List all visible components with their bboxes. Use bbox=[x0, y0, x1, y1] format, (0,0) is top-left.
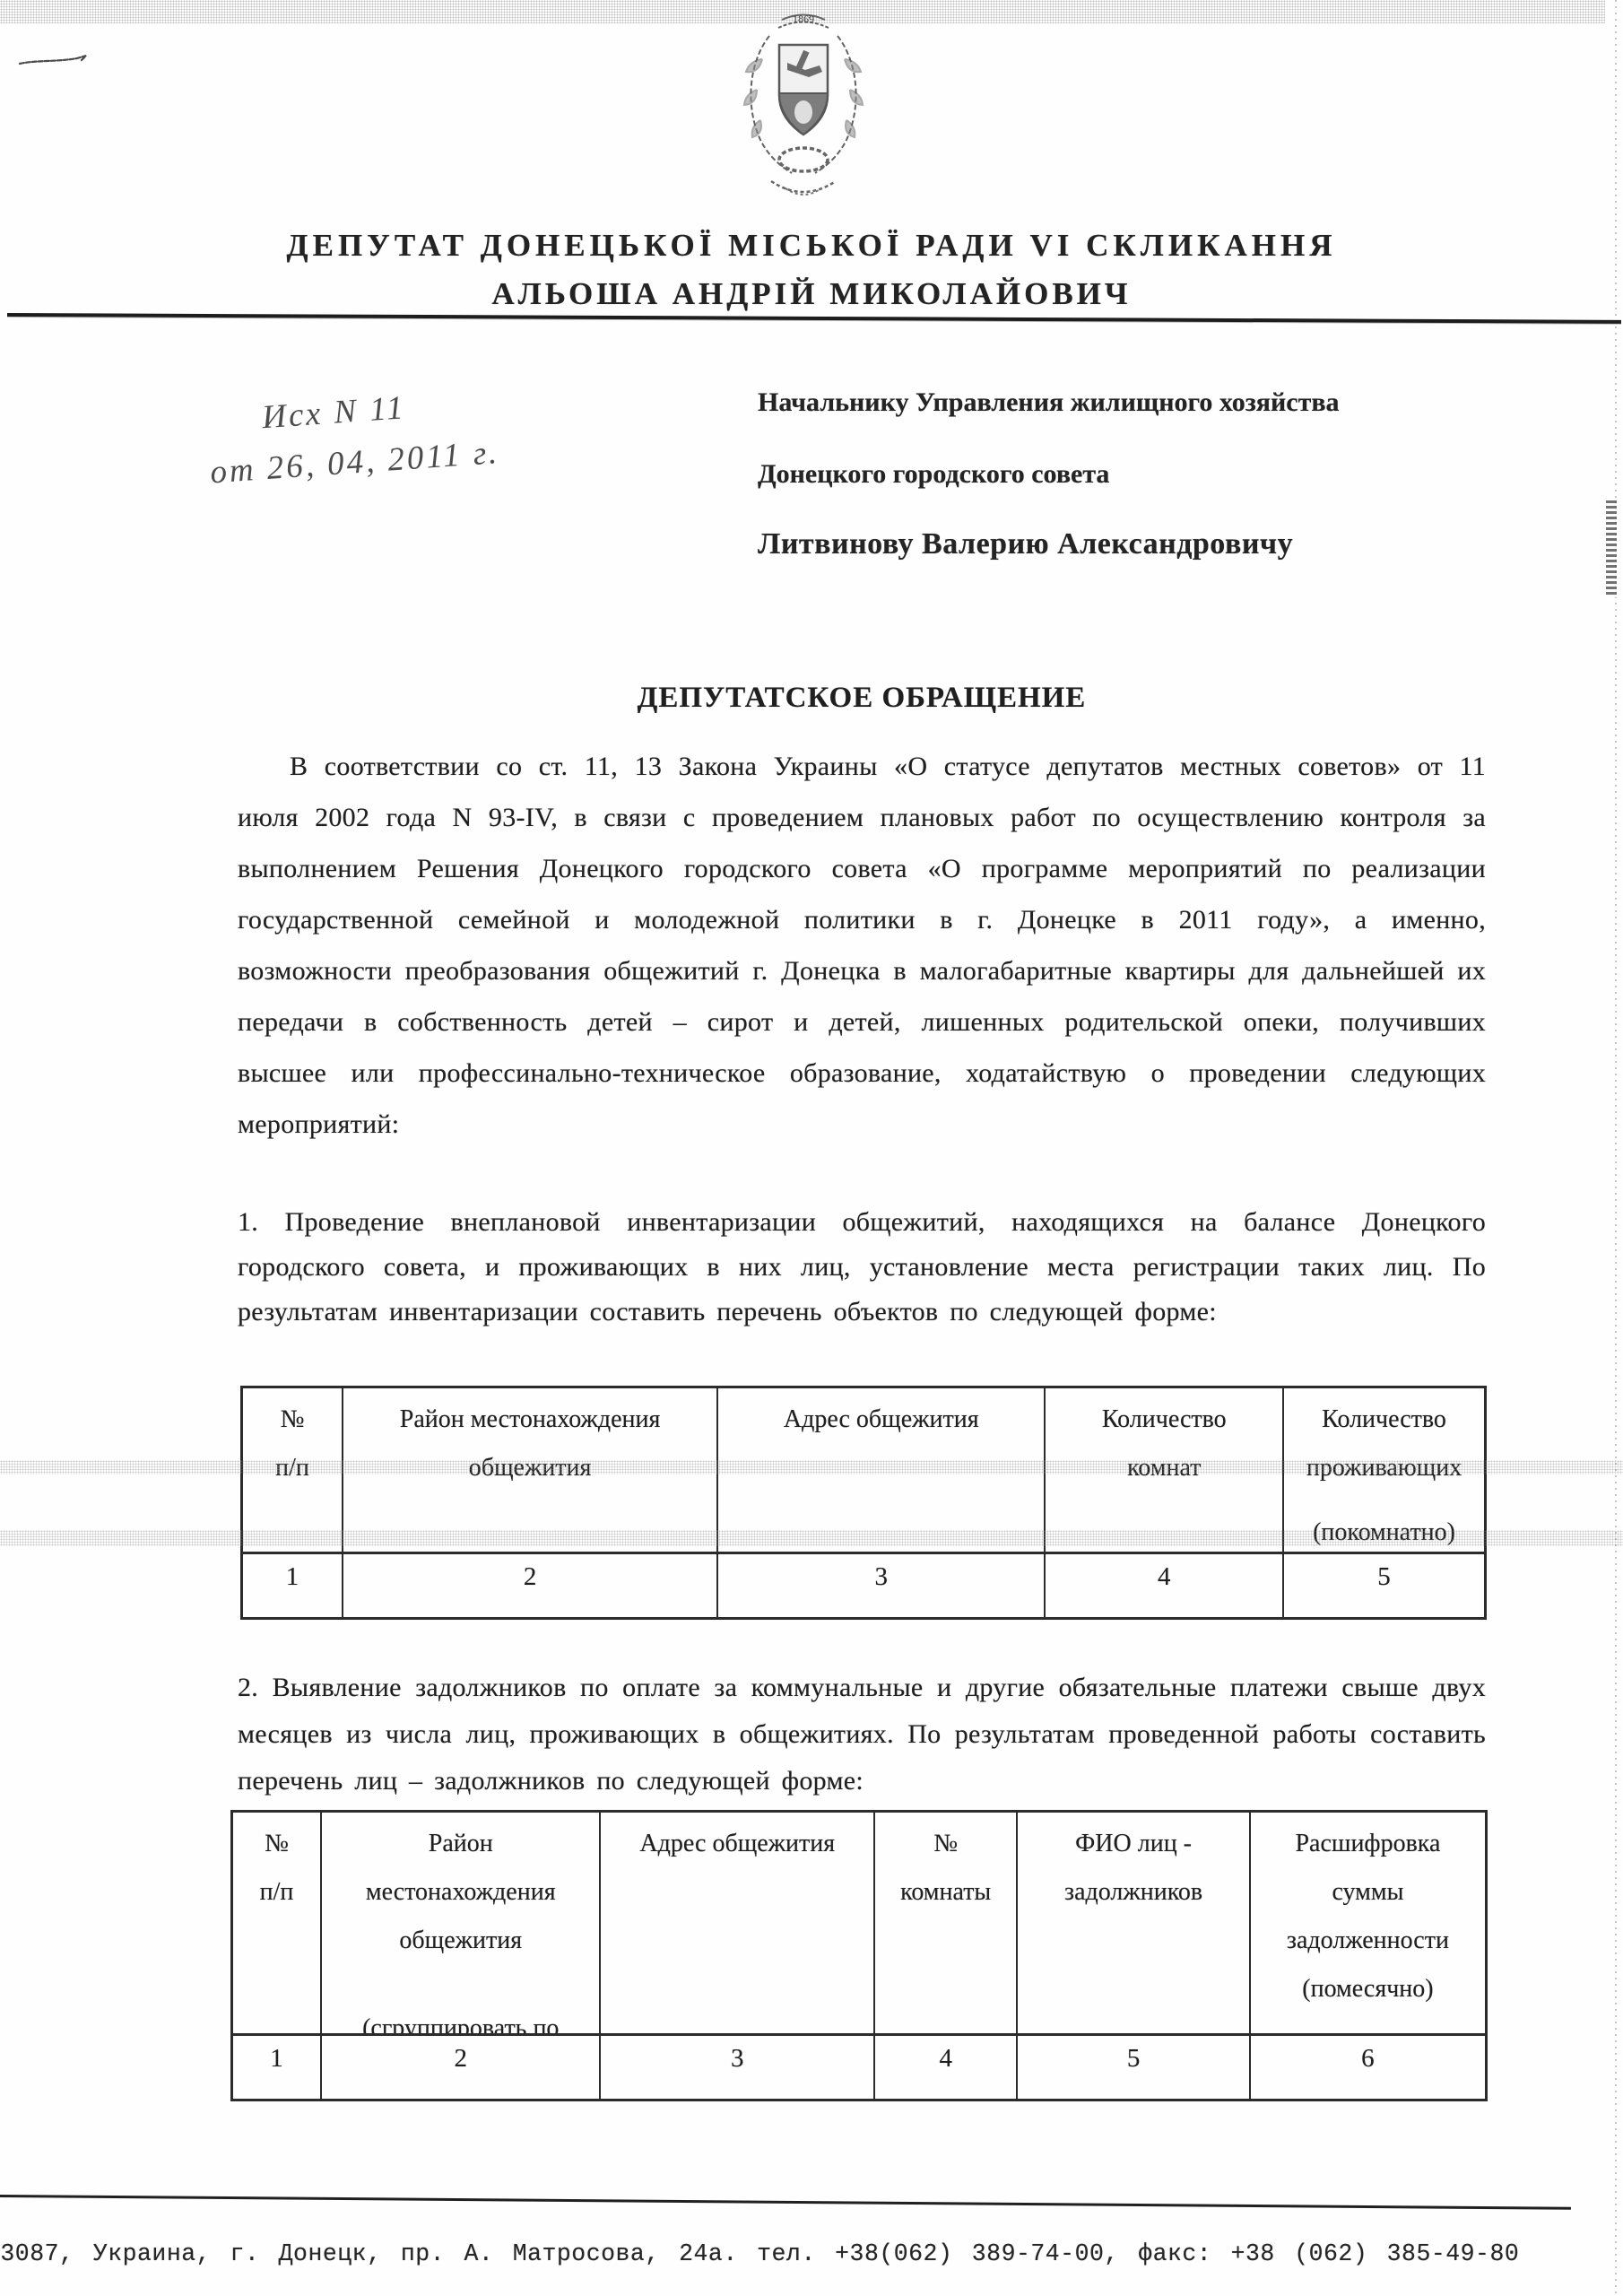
item-1-paragraph: 1. Проведение внеплановой инвентаризации… bbox=[238, 1200, 1486, 1335]
table2-number-cell: 3 bbox=[601, 2036, 875, 2099]
table2-number-cell: 5 bbox=[1018, 2036, 1251, 2099]
intro-paragraph: В соответствии со ст. 11, 13 Закона Укра… bbox=[238, 741, 1486, 1150]
donetsk-coat-of-arms: 1869 bbox=[735, 4, 872, 212]
table1-number-cell: 5 bbox=[1284, 1554, 1484, 1617]
handwritten-note: Исх N 11 от 26, 04, 2011 г. bbox=[205, 380, 534, 492]
table2-number-cell: 1 bbox=[233, 2036, 322, 2099]
addressee-name: Литвинову Валерию Александровичу bbox=[758, 527, 1293, 561]
pen-stroke-mark bbox=[18, 52, 95, 68]
header-deputy-name-line: АЛЬОША АНДРІЙ МИКОЛАЙОВИЧ bbox=[0, 276, 1623, 312]
handwritten-note-number: Исх N 11 bbox=[261, 380, 530, 438]
table2-header-row: № п/п Район местонахождения общежития (с… bbox=[233, 1813, 1485, 2033]
table-hostel-inventory-form: № п/п Район местонахождения общежития (с… bbox=[240, 1386, 1487, 1620]
table1-number-cell: 3 bbox=[718, 1554, 1046, 1617]
handwritten-note-date: от 26, 04, 2011 г. bbox=[209, 430, 534, 491]
item-2-paragraph: 2. Выявление задолжников по оплате за ко… bbox=[238, 1665, 1486, 1805]
table2-header-cell: ФИО лиц - задолжников bbox=[1018, 1813, 1251, 2033]
emblem-year: 1869 bbox=[793, 13, 814, 25]
scanned-document-page: 1869 ДЕПУТАТ ДОНЕЦЬКОЇ МІСЬКОЇ РАДИ VI С… bbox=[0, 0, 1623, 2296]
table1-number-cell: 4 bbox=[1046, 1554, 1284, 1617]
table2-number-cell: 2 bbox=[322, 2036, 601, 2099]
table1-number-row: 1 2 3 4 5 bbox=[243, 1552, 1484, 1617]
table2-number-cell: 4 bbox=[875, 2036, 1018, 2099]
scan-artifact-band bbox=[0, 1530, 1623, 1546]
footer-divider-line bbox=[0, 2195, 1571, 2210]
scan-artifact-band bbox=[0, 1460, 1623, 1474]
table2-header-cell: № п/п bbox=[233, 1813, 322, 2033]
table-debtors-list-form: № п/п Район местонахождения общежития (с… bbox=[230, 1810, 1488, 2101]
document-title: ДЕПУТАТСКОЕ ОБРАЩЕНИЕ bbox=[238, 682, 1486, 715]
footer-contact-address: 83087, Украина, г. Донецк, пр. А. Матрос… bbox=[0, 2240, 1623, 2267]
table2-header-cell: Район местонахождения общежития (сгруппи… bbox=[322, 1813, 601, 2033]
table1-number-cell: 2 bbox=[343, 1554, 718, 1617]
table2-header-cell: № комнаты bbox=[875, 1813, 1018, 2033]
header-organization-line: ДЕПУТАТ ДОНЕЦЬКОЇ МІСЬКОЇ РАДИ VI СКЛИКА… bbox=[0, 228, 1623, 264]
header-divider-line bbox=[7, 313, 1621, 324]
table2-number-cell: 6 bbox=[1251, 2036, 1485, 2099]
scan-barcode-artifact bbox=[1606, 500, 1617, 597]
scan-edge-dotted-line bbox=[1615, 0, 1617, 2296]
table2-number-row: 1 2 3 4 5 6 bbox=[233, 2033, 1485, 2099]
table1-number-cell: 1 bbox=[243, 1554, 343, 1617]
table2-header-cell: Расшифровка суммы задолженности (помесяч… bbox=[1251, 1813, 1485, 2033]
table2-header-cell: Адрес общежития bbox=[601, 1813, 875, 2033]
addressee-organization: Донецкого городского совета bbox=[758, 459, 1109, 490]
addressee-position: Начальнику Управления жилищного хозяйств… bbox=[758, 387, 1340, 418]
